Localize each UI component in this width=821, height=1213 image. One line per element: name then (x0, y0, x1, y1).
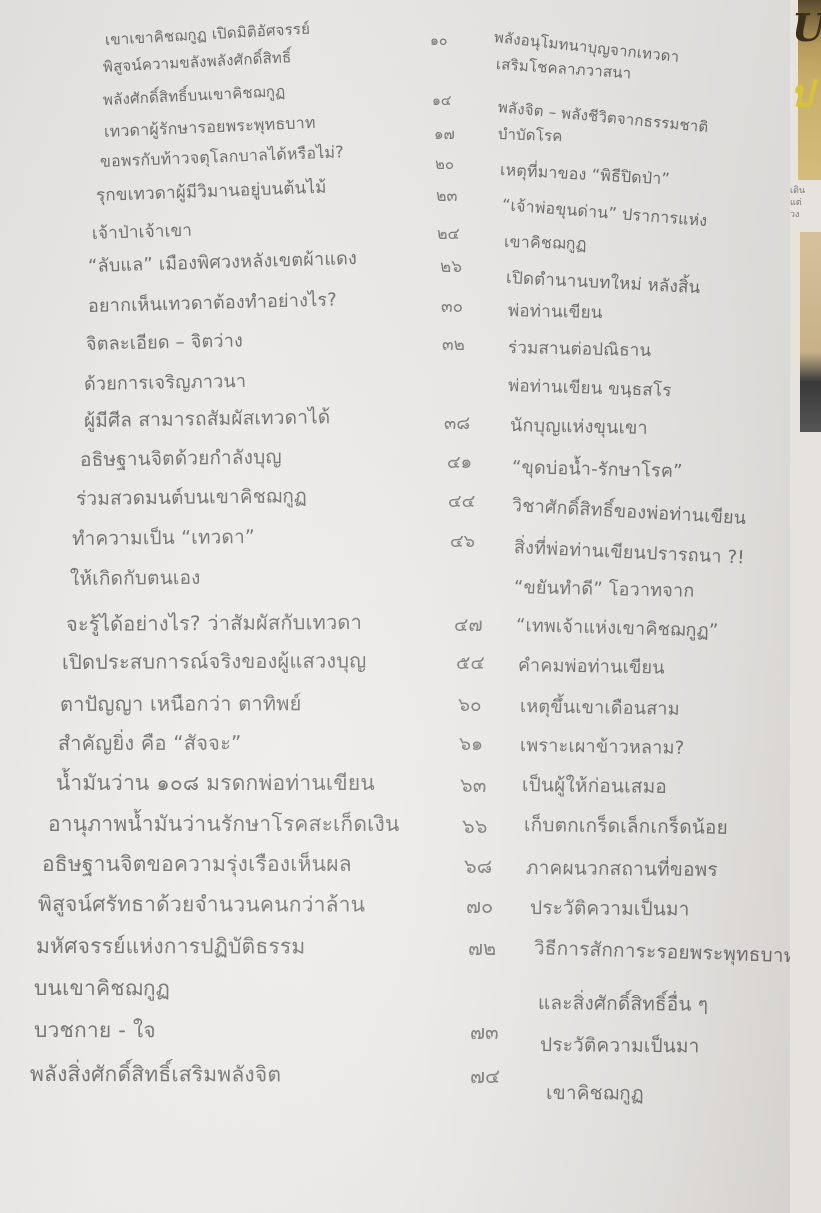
toc-entry-left: อยากเห็นเทวดาต้องทำอย่างไร? (88, 284, 338, 320)
adjacent-page-text: เดิน แต่ วง (790, 185, 820, 221)
toc-entry-title: รุกขเทวดาผู้มีวิมานอยู่บนต้นไม้ (96, 174, 328, 209)
toc-entry-left: ผู้มีศีล สามารถสัมผัสเทวดาได้ (84, 402, 331, 436)
toc-entry-title: จิตละเอียด – จิตว่าง (86, 325, 244, 358)
toc-entry-left: ทำความเป็น “เทวดา” (72, 522, 255, 554)
toc-entry-right: เก็บตกเกร็ดเล็กเกร็ดน้อย (524, 810, 728, 843)
toc-entry-right: ประวัติความเป็นมา (540, 1030, 700, 1061)
toc-entry-title: “ขุดบ่อน้ำ-รักษาโรค” (512, 452, 683, 485)
toc-entry-title: นักบุญแห่งขุนเขา (510, 410, 648, 442)
toc-page-number: ๓๒ (442, 331, 465, 358)
toc-page-number: ๓๐ (441, 293, 463, 320)
toc-entry-right: เหตุขึ้นเขาเดือนสาม (520, 691, 680, 723)
toc-entry-right: ร่วมสานต่อปณิธาน (508, 334, 652, 364)
toc-page-number: ๔๖ (450, 526, 475, 555)
toc-entry-title: เทวดาผู้รักษารอยพระพุทธบาท (103, 111, 316, 145)
toc-entry-title: เขาคิชฌกูฏ (546, 1078, 644, 1109)
toc-entry-title: จะรู้ได้อย่างไร? ว่าสัมผัสกับเทวดา (66, 606, 362, 640)
toc-entry-title: เขาคิชฌกูฏ (504, 230, 587, 257)
toc-page-number: ๔๔ (448, 486, 475, 515)
toc-entry-title: พิสูจน์ศรัทธาด้วยจำนวนคนกว่าล้าน (38, 888, 365, 922)
toc-entry-right: ประวัติความเป็นมา (530, 893, 690, 924)
toc-page-number: ๕๔ (456, 648, 485, 678)
toc-entry-title: อธิษฐานจิตขอความรุ่งเรืองเห็นผล (42, 848, 352, 881)
toc-page-number: ๒๓ (436, 184, 457, 209)
adjacent-text-fragment: วง (790, 209, 820, 221)
toc-entry-left: รุกขเทวดาผู้มีวิมานอยู่บนต้นไม้ (96, 174, 328, 209)
toc-entry-title: เพราะเผาข้าวหลาม? (520, 730, 685, 762)
toc-entry-left: พิสูจน์ศรัทธาด้วยจำนวนคนกว่าล้าน (38, 888, 365, 922)
toc-page-number: ๗๒ (468, 932, 496, 964)
toc-entry-title: พลังศักดิ์สิทธิ์บนเขาคิชฌกูฏ (102, 79, 285, 112)
toc-page-number: ๔๗ (454, 610, 483, 640)
toc-entry-right: เพราะเผาข้าวหลาม? (520, 730, 685, 762)
toc-entry-title: พ่อท่านเขียน (508, 297, 603, 326)
toc-entry-left: สำคัญยิ่ง คือ “สัจจะ” (58, 727, 242, 759)
toc-entry-title: เป็นผู้ให้ก่อนเสมอ (522, 770, 667, 802)
toc-entry-title: สำคัญยิ่ง คือ “สัจจะ” (58, 727, 242, 759)
toc-entry-title: พ่อท่านเขียน ขนฺธสโร (508, 372, 672, 404)
toc-page-number: ๖๐ (458, 690, 482, 720)
toc-entry-title: อยากเห็นเทวดาต้องทำอย่างไร? (88, 284, 338, 320)
toc-entry-left: พลังสิ่งศักดิ์สิทธิ์เสริมพลังจิต (30, 1058, 281, 1091)
toc-entry-left: ตาปัญญา เหนือกว่า ตาทิพย์ (60, 687, 302, 720)
toc-entry-right: “ขุดบ่อน้ำ-รักษาโรค” (512, 452, 683, 485)
toc-entry-right: เขาคิชฌกูฏ (546, 1078, 644, 1109)
toc-entry-title: อานุภาพน้ำมันว่านรักษาโรคสะเก็ดเงิน (48, 808, 400, 841)
toc-entry-title: วิธีการสักการะรอยพระพุทธบาท (534, 933, 790, 971)
toc-page-number: ๗๐ (466, 890, 493, 922)
toc-entry-left: “ลับแล” เมืองพิศวงหลังเขตผ้าแดง (88, 243, 358, 280)
toc-entry-title: ผู้มีศีล สามารถสัมผัสเทวดาได้ (84, 402, 331, 436)
toc-page-number: ๑๗ (434, 122, 455, 146)
toc-entry-left: เจ้าป่าเจ้าเขา (92, 217, 193, 247)
toc-entry-left: ขอพรกับท้าวจตุโลกบาลได้หรือไม่? (99, 140, 344, 175)
toc-entry-title: ประวัติความเป็นมา (530, 893, 690, 924)
toc-entry-title: สิ่งที่พ่อท่านเขียนปรารถนา ?! (513, 532, 745, 571)
toc-entry-left: ด้วยการเจริญภาวนา (84, 366, 247, 398)
toc-entry-title: เปิดประสบการณ์จริงของผู้แสวงบุญ (62, 644, 367, 678)
adjacent-text-fragment: แต่ (790, 197, 820, 209)
toc-entry-title: และสิ่งศักดิ์สิทธิ์อื่น ๆ (538, 988, 709, 1020)
toc-entry-title: ตาปัญญา เหนือกว่า ตาทิพย์ (60, 687, 302, 720)
toc-entry-title: เจ้าป่าเจ้าเขา (92, 217, 193, 247)
toc-entry-right: เขาคิชฌกูฏ (504, 230, 587, 257)
toc-entry-title: ภาคผนวกสถานที่ขอพร (526, 853, 718, 885)
adjacent-title-glyph: U (792, 5, 821, 50)
toc-entry-title: “ขยันทำดี” โอวาทจาก (514, 572, 695, 605)
toc-entry-title: “ลับแล” เมืองพิศวงหลังเขตผ้าแดง (88, 243, 358, 280)
toc-entry-title: ประวัติความเป็นมา (540, 1030, 700, 1061)
adjacent-photo-2 (800, 232, 821, 432)
toc-page-number: ๗๔ (470, 1060, 500, 1092)
toc-entry-right: เหตุที่มาของ “พิธีปิดป่า” (499, 158, 670, 192)
toc-entry-title: เหตุขึ้นเขาเดือนสาม (520, 691, 680, 723)
toc-entry-title: คำคมพ่อท่านเขียน (518, 650, 665, 682)
toc-page-number: ๑๐ (430, 30, 447, 52)
toc-entry-right: “เจ้าพ่อขุนด่าน” ปราการแห่ง (501, 193, 708, 234)
book-page: เขาเขาคิชฌกูฏ เปิดมิติอัศจรรย์๑๐พิสูจน์ค… (0, 0, 790, 1213)
toc-entry-left: บนเขาคิชฌกูฏ (34, 972, 170, 1005)
toc-page-number: ๑๔ (432, 90, 451, 112)
toc-entry-title: เปิดตำนานบทใหม่ หลังสิ้น (505, 264, 701, 301)
toc-page-number: ๔๑ (447, 447, 472, 476)
adjacent-title-glyph-2: ป (790, 65, 813, 122)
toc-page-number: ๒๖ (440, 253, 462, 280)
toc-entry-left: อานุภาพน้ำมันว่านรักษาโรคสะเก็ดเงิน (48, 808, 400, 841)
toc-entry-title: พลังสิ่งศักดิ์สิทธิ์เสริมพลังจิต (30, 1058, 281, 1091)
toc-entry-title: ทำความเป็น “เทวดา” (72, 522, 255, 554)
toc-page-number: ๖๘ (464, 850, 492, 882)
toc-entry-right: พ่อท่านเขียน ขนฺธสโร (508, 372, 672, 404)
toc-entry-left: มหัศจรรย์แห่งการปฏิบัติธรรม (36, 930, 305, 963)
toc-page-number: ๖๖ (462, 810, 487, 842)
toc-entry-left: อธิษฐานจิตด้วยกำลังบุญ (80, 442, 282, 475)
adjacent-text-fragment: เดิน (790, 185, 820, 197)
toc-entry-right: คำคมพ่อท่านเขียน (518, 650, 665, 682)
toc-entry-right: ภาคผนวกสถานที่ขอพร (526, 853, 718, 885)
toc-entry-right: พ่อท่านเขียน (508, 297, 603, 326)
toc-entry-title: วิชาศักดิ์สิทธิ์ของพ่อท่านเขียน (511, 490, 747, 532)
toc-entry-title: บำบัดโรค (498, 122, 563, 148)
toc-entry-right: บำบัดโรค (498, 122, 563, 148)
toc-entry-title: อธิษฐานจิตด้วยกำลังบุญ (80, 442, 282, 475)
toc-entry-right: และสิ่งศักดิ์สิทธิ์อื่น ๆ (538, 988, 709, 1020)
toc-entry-title: “เจ้าพ่อขุนด่าน” ปราการแห่ง (501, 193, 708, 234)
toc-entry-left: เปิดประสบการณ์จริงของผู้แสวงบุญ (62, 644, 367, 678)
toc-entry-left: จิตละเอียด – จิตว่าง (86, 325, 244, 358)
toc-entry-title: บนเขาคิชฌกูฏ (34, 972, 170, 1005)
toc-entry-title: ให้เกิดกับตนเอง (70, 563, 201, 594)
toc-entry-left: ร่วมสวดมนต์บนเขาคิชฌกูฏ (76, 481, 307, 514)
toc-entry-left: จะรู้ได้อย่างไร? ว่าสัมผัสกับเทวดา (66, 606, 362, 640)
toc-entry-title: ร่วมสานต่อปณิธาน (508, 334, 652, 364)
toc-entry-right: สิ่งที่พ่อท่านเขียนปรารถนา ?! (513, 532, 745, 571)
table-of-contents: เขาเขาคิชฌกูฏ เปิดมิติอัศจรรย์๑๐พิสูจน์ค… (0, 0, 790, 1213)
toc-entry-title: ด้วยการเจริญภาวนา (84, 366, 247, 398)
toc-entry-left: น้ำมันว่าน ๑๐๘ มรดกพ่อท่านเขียน (56, 767, 375, 800)
toc-page-number: ๒๔ (437, 222, 460, 247)
toc-entry-right: วิชาศักดิ์สิทธิ์ของพ่อท่านเขียน (511, 490, 747, 532)
toc-entry-right: นักบุญแห่งขุนเขา (510, 410, 648, 442)
toc-entry-right: “เทพเจ้าแห่งเขาคิชฌกูฏ” (516, 610, 719, 645)
toc-page-number: ๒๐ (435, 152, 454, 176)
toc-page-number: ๖๓ (460, 769, 486, 801)
toc-entry-title: น้ำมันว่าน ๑๐๘ มรดกพ่อท่านเขียน (56, 767, 375, 800)
toc-entry-right: เปิดตำนานบทใหม่ หลังสิ้น (505, 264, 701, 301)
toc-entry-title: “เทพเจ้าแห่งเขาคิชฌกูฏ” (516, 610, 719, 645)
toc-page-number: ๗๓ (470, 1016, 499, 1048)
toc-entry-title: บวชกาย - ใจ (34, 1014, 156, 1047)
toc-entry-left: พลังศักดิ์สิทธิ์บนเขาคิชฌกูฏ (102, 79, 285, 112)
toc-entry-title: ขอพรกับท้าวจตุโลกบาลได้หรือไม่? (99, 140, 344, 175)
toc-page-number: ๓๘ (444, 408, 470, 437)
toc-entry-left: ให้เกิดกับตนเอง (70, 563, 201, 594)
toc-entry-right: “ขยันทำดี” โอวาทจาก (514, 572, 695, 605)
toc-entry-title: มหัศจรรย์แห่งการปฏิบัติธรรม (36, 930, 305, 963)
toc-entry-left: เทวดาผู้รักษารอยพระพุทธบาท (103, 111, 316, 145)
toc-entry-right: วิธีการสักการะรอยพระพุทธบาท (534, 933, 790, 971)
toc-page-number: ๖๑ (459, 729, 483, 759)
toc-entry-right: เป็นผู้ให้ก่อนเสมอ (522, 770, 667, 802)
toc-entry-left: อธิษฐานจิตขอความรุ่งเรืองเห็นผล (42, 848, 352, 881)
toc-entry-title: เหตุที่มาของ “พิธีปิดป่า” (499, 158, 670, 192)
toc-entry-left: บวชกาย - ใจ (34, 1014, 156, 1047)
adjacent-page-strip: U ป เดิน แต่ วง (790, 0, 821, 1213)
toc-entry-title: ร่วมสวดมนต์บนเขาคิชฌกูฏ (76, 481, 307, 514)
toc-entry-title: เก็บตกเกร็ดเล็กเกร็ดน้อย (524, 810, 728, 843)
